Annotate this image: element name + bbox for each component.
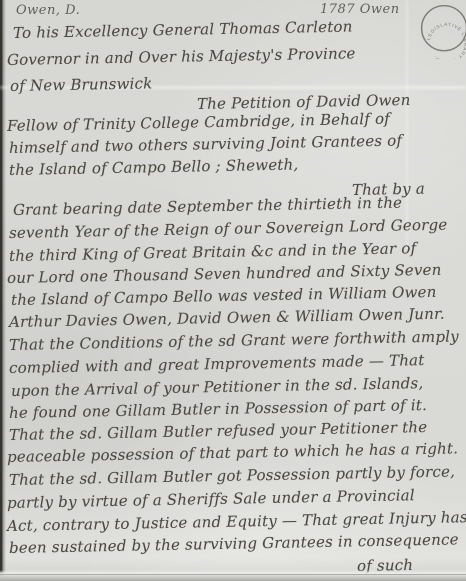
catalog-note: Owen, D. xyxy=(16,3,80,18)
manuscript-line: himself and two others surviving Joint G… xyxy=(9,131,403,157)
scan-bottom-edge xyxy=(0,570,466,581)
manuscript-line: he found one Gillam Butler in Possession… xyxy=(9,396,427,422)
manuscript-scan: Owen, D. 1787 Owen LEGISLATIVE LIBRARY O… xyxy=(0,0,466,581)
manuscript-line: That the Conditions of the sd Grant were… xyxy=(9,327,459,354)
manuscript-line: Arthur Davies Owen, David Owen & William… xyxy=(9,305,445,331)
scan-bottom-edge-line xyxy=(0,574,466,575)
manuscript-line: complied with and great Improvements mad… xyxy=(9,351,425,377)
manuscript-line: Grant bearing date September the thirtie… xyxy=(13,194,403,219)
svg-text:LEGISLATIVE LIBRARY OF N.B.: LEGISLATIVE LIBRARY OF N.B. xyxy=(426,22,466,59)
manuscript-line: been sustained by the surviving Grantees… xyxy=(9,530,459,557)
manuscript-line: That the sd. Gillam Butler got Possessio… xyxy=(9,462,455,489)
manuscript-line: the third King of Great Britain &c and i… xyxy=(9,239,417,265)
manuscript-line: To his Excellency General Thomas Carleto… xyxy=(13,17,353,42)
library-stamp: LEGISLATIVE LIBRARY OF N.B. xyxy=(418,1,466,59)
year-note: 1787 Owen xyxy=(320,2,400,17)
stamp-text: LEGISLATIVE LIBRARY OF N.B. xyxy=(426,22,466,59)
manuscript-line: peaceable possession of that part to whi… xyxy=(7,439,458,466)
manuscript-line: partly by virtue of a Sheriffs Sale unde… xyxy=(7,486,415,512)
paper-crease-vertical xyxy=(406,0,408,250)
manuscript-line: seventh Year of the Reign of our Soverei… xyxy=(9,216,448,242)
manuscript-line: the Island of Campo Bello ; Sheweth, xyxy=(9,155,299,179)
manuscript-line: Fellow of Trinity College Cambridge, in … xyxy=(7,110,390,135)
manuscript-line: of New Brunswick xyxy=(10,74,153,95)
manuscript-line: That the sd. Gillam Butler refused your … xyxy=(9,418,428,444)
manuscript-line: upon the Arrival of your Petitioner in t… xyxy=(11,374,424,400)
manuscript-line: Governor in and Over his Majesty's Provi… xyxy=(7,44,356,69)
